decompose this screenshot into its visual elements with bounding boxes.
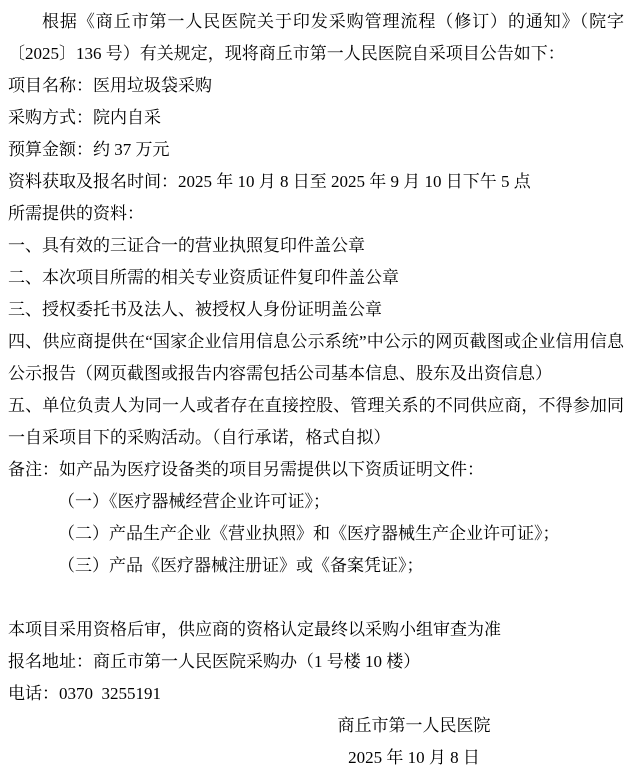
signature-org: 商丘市第一人民医院 [204,710,624,742]
requirement-item-3: 三、授权委托书及法人、被授权人身份证明盖公章 [8,294,624,326]
registration-address-line: 报名地址：商丘市第一人民医院采购办（1 号楼 10 楼） [8,646,624,678]
document-page: { "doc": { "colors": { "background": "#f… [0,0,632,778]
required-materials-heading: 所需提供的资料： [8,198,624,230]
requirement-item-5: 五、单位负责人为同一人或者存在直接控股、管理关系的不同供应商，不得参加同一自采项… [8,390,624,454]
budget-line: 预算金额：约 37 万元 [8,134,624,166]
signature-date: 2025 年 10 月 8 日 [204,742,624,774]
note-sub-item-2: （二）产品生产企业《营业执照》和《医疗器械生产企业许可证》； [58,518,624,550]
qualification-review-line: 本项目采用资格后审，供应商的资格认定最终以采购小组审查为准 [8,614,624,646]
note-line: 备注：如产品为医疗设备类的项目另需提供以下资质证明文件： [8,454,624,486]
requirement-item-4: 四、供应商提供在“国家企业信用信息公示系统”中公示的网页截图或企业信用信息公示报… [8,326,624,390]
requirement-item-1: 一、具有效的三证合一的营业执照复印件盖公章 [8,230,624,262]
requirement-item-2: 二、本次项目所需的相关专业资质证件复印件盖公章 [8,262,624,294]
note-sub-item-1: （一）《医疗器械经营企业许可证》； [58,486,624,518]
note-sub-item-3: （三）产品《医疗器械注册证》或《备案凭证》； [58,550,624,582]
blank-line [8,582,624,614]
phone-line: 电话：0370 3255191 [8,678,624,710]
project-name-line: 项目名称：医用垃圾袋采购 [8,70,624,102]
registration-time-line: 资料获取及报名时间：2025 年 10 月 8 日至 2025 年 9 月 10… [8,166,624,198]
signature-block: 商丘市第一人民医院 2025 年 10 月 8 日 [204,710,624,774]
intro-paragraph: 根据《商丘市第一人民医院关于印发采购管理流程（修订）的通知》（院字〔2025〕1… [8,6,624,70]
procurement-notice: 根据《商丘市第一人民医院关于印发采购管理流程（修订）的通知》（院字〔2025〕1… [0,0,632,778]
procurement-method-line: 采购方式：院内自采 [8,102,624,134]
